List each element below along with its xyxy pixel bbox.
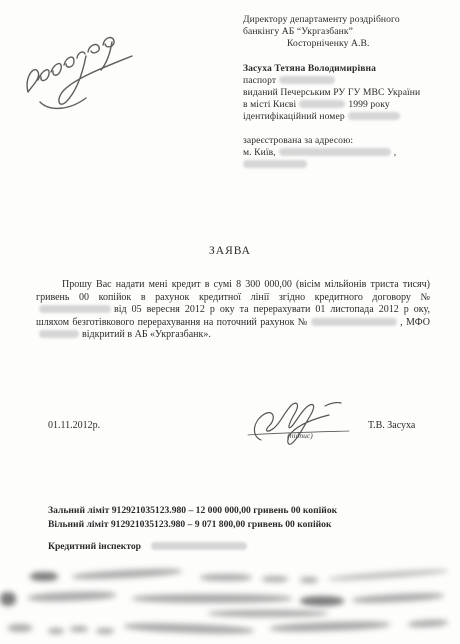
credit-inspector-line: Кредитний інспектор	[48, 541, 250, 552]
redacted-id-number	[348, 112, 400, 120]
signatory-name: Т.В. Засуха	[368, 420, 415, 431]
address-heading: зареєстрована за адресою:	[243, 135, 448, 147]
redacted-account-number	[311, 318, 397, 326]
redacted-passport-number	[279, 76, 335, 84]
address-line1: м. Київ,,	[243, 147, 448, 159]
passport-line: паспорт	[243, 75, 448, 87]
body-paragraph: Прошу Вас надати мені кредит в сумі 8 30…	[36, 279, 430, 342]
addressee-line: Косторніченку А.В.	[243, 38, 448, 50]
addressee-line: Директору департаменту роздрібного	[243, 14, 448, 26]
redacted-street	[279, 148, 391, 156]
signature-caption: (підпис)	[256, 431, 344, 440]
redacted-inspector-name	[151, 542, 247, 550]
applicant-name: Засуха Тетяна Володимирівна	[243, 63, 448, 75]
redacted-contract-number	[39, 305, 111, 313]
redacted-building	[243, 160, 307, 168]
free-limit-line: Вільний ліміт 912921035123.980 – 9 071 8…	[48, 518, 337, 532]
redacted-mfo-code	[39, 330, 79, 338]
addressee-block: Директору департаменту роздрібного банкі…	[243, 14, 448, 50]
issued-line: виданий Печерським РУ ГУ МВС України	[243, 87, 448, 99]
addressee-line: банкінгу АБ “Укргазбанк”	[243, 26, 448, 38]
applicant-block: Засуха Тетяна Володимирівна паспорт вида…	[243, 63, 448, 123]
document-title: ЗАЯВА	[0, 245, 460, 257]
city-line: в місті Києві1999 року	[243, 99, 448, 111]
document-date: 01.11.2012р.	[48, 420, 100, 431]
total-limit-line: Зальний ліміт 912921035123.980 – 12 000 …	[48, 504, 337, 518]
redacted-issue-date	[299, 100, 345, 108]
blurred-handwriting-area	[0, 556, 460, 644]
address-line2	[243, 159, 448, 171]
scanned-loan-application-document: Директору департаменту роздрібного банкі…	[0, 0, 460, 644]
handwritten-resolution-v-robotu	[14, 8, 154, 113]
limits-block: Зальний ліміт 912921035123.980 – 12 000 …	[48, 504, 337, 531]
id-line: ідентифікаційний номер	[243, 111, 448, 123]
address-block: зареєстрована за адресою: м. Київ,,	[243, 135, 448, 171]
